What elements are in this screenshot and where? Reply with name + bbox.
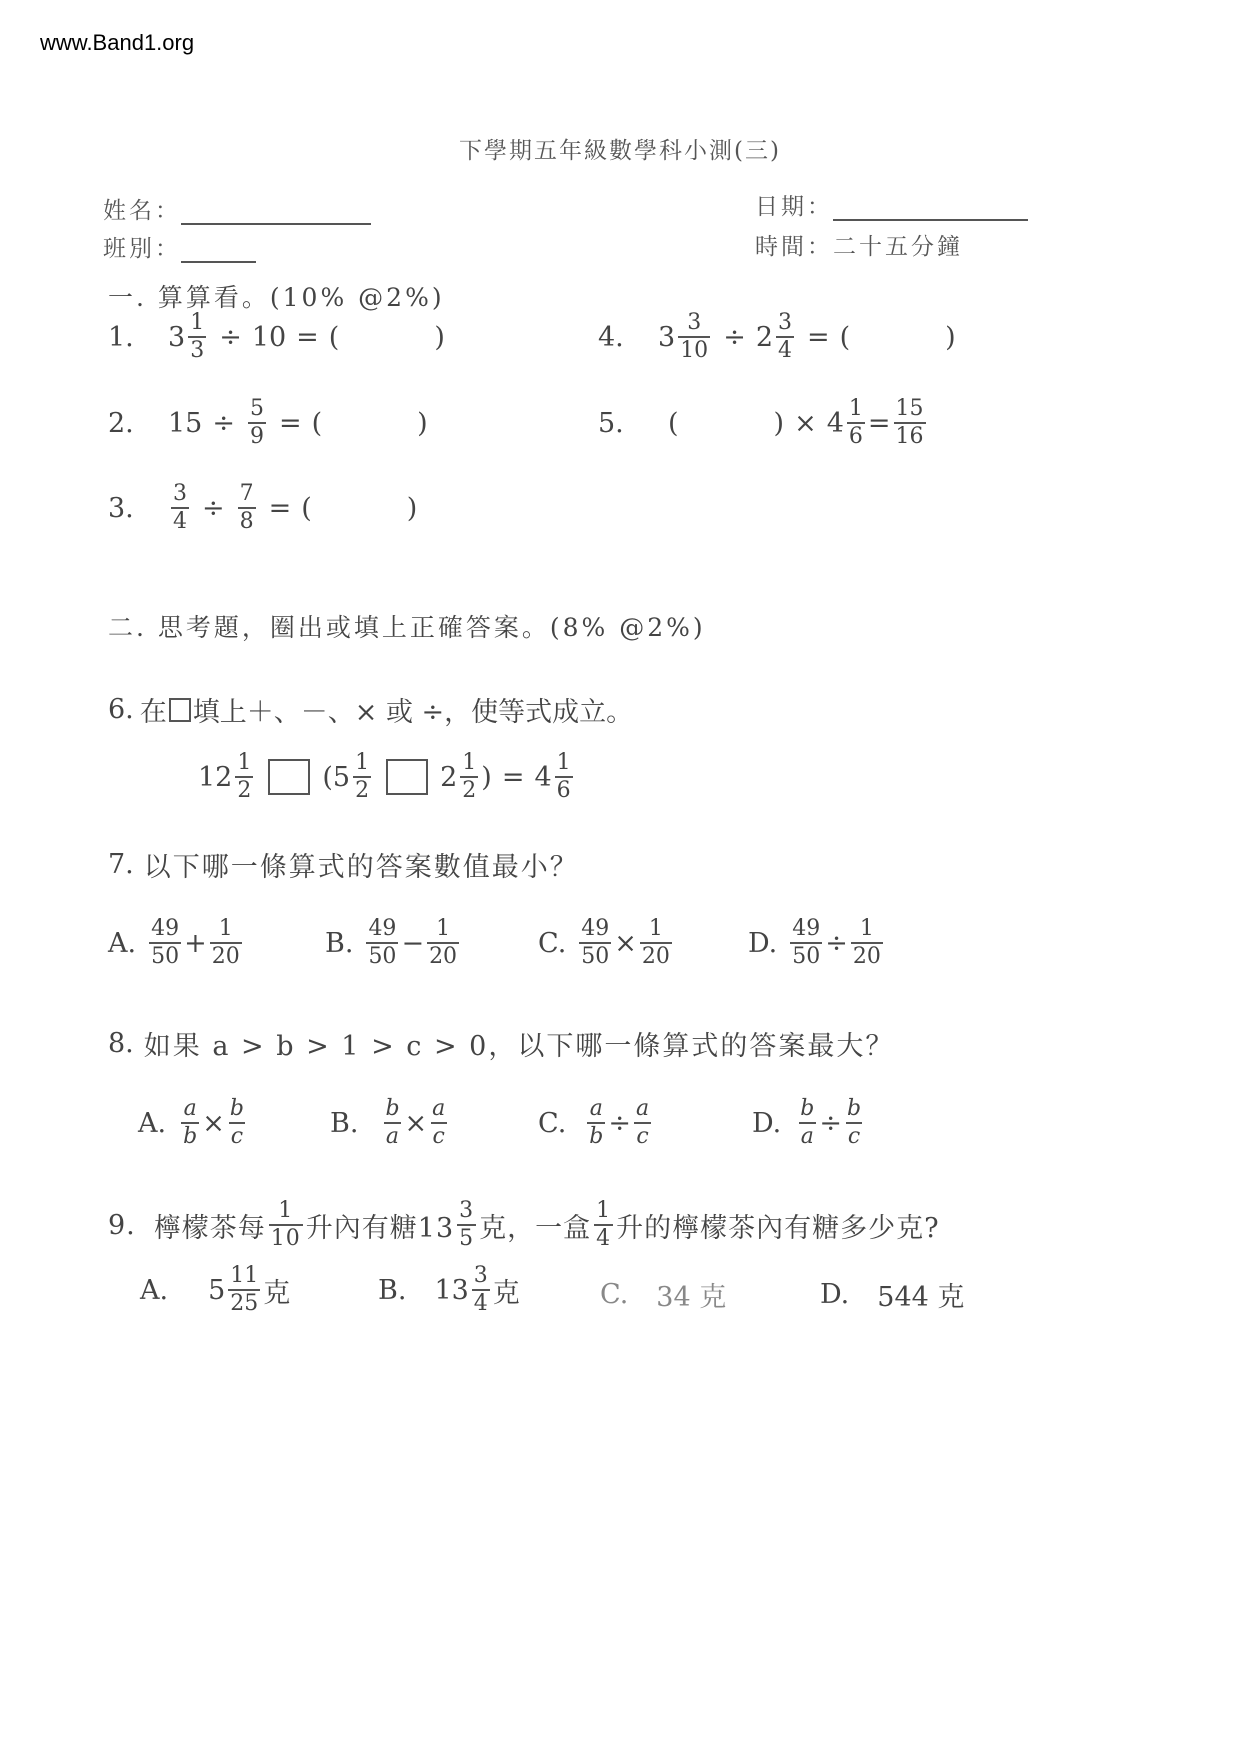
question-2: 2. 15 ÷ 59 =()	[108, 398, 428, 448]
question-9: 9. 檸檬茶每 110 升內有糖13 35 克，一盒 14 升的檸檬茶內有糖多少…	[108, 1200, 940, 1250]
date-blank[interactable]	[833, 219, 1028, 221]
question-6: 6.在填上＋、－、× 或 ÷，使等式成立。	[108, 690, 633, 729]
time-field: 時間：二十五分鐘	[755, 228, 963, 261]
q9-option-c[interactable]: C. 34 克	[600, 1275, 726, 1314]
name-field: 姓名：	[103, 192, 371, 225]
square-icon	[169, 698, 191, 722]
question-5: 5. () × 416 = 1516	[598, 398, 929, 448]
q9-option-d[interactable]: D. 544 克	[820, 1275, 964, 1314]
name-blank[interactable]	[181, 223, 371, 225]
question-6-equation: 1212 (512 212) = 416	[198, 752, 576, 802]
q8-option-c[interactable]: C. ab ÷ ac	[538, 1098, 654, 1148]
question-4: 4. 3310 ÷ 234 =()	[598, 312, 956, 362]
time-label: 時間：	[755, 234, 833, 260]
section-1-heading: 一. 算算看。(10% @2%)	[108, 278, 445, 314]
question-7: 7.以下哪一條算式的答案數值最小？	[108, 845, 579, 884]
operator-box-1[interactable]	[268, 759, 310, 795]
question-3: 3. 34 ÷ 78 =()	[108, 483, 417, 533]
question-8: 8.如果 a > b > 1 > c > 0，以下哪一條算式的答案最大？	[108, 1024, 894, 1063]
class-blank[interactable]	[181, 261, 256, 263]
date-field: 日期：	[755, 188, 1028, 221]
section-2-heading: 二. 思考題，圈出或填上正確答案。(8% @2%)	[108, 608, 706, 644]
q8-option-a[interactable]: A. ab × bc	[138, 1098, 249, 1148]
q8-option-b[interactable]: B. ba × ac	[330, 1098, 450, 1148]
class-field: 班別：	[103, 230, 256, 263]
q9-option-b[interactable]: B. 1334 克	[378, 1265, 520, 1315]
q7-option-a[interactable]: A. 4950 + 120	[108, 918, 245, 968]
q9-option-a[interactable]: A. 51125 克	[140, 1265, 290, 1315]
name-label: 姓名：	[103, 198, 181, 224]
watermark: www.Band1.org	[40, 30, 194, 56]
question-1: 1. 313 ÷ 10 =()	[108, 312, 445, 362]
date-label: 日期：	[755, 194, 833, 220]
class-label: 班別：	[103, 236, 181, 262]
q8-option-d[interactable]: D. ba ÷ bc	[752, 1098, 866, 1148]
q7-option-d[interactable]: D. 4950 ÷ 120	[748, 918, 886, 968]
operator-box-2[interactable]	[386, 759, 428, 795]
page-title: 下學期五年級數學科小測(三)	[0, 132, 1240, 165]
q7-option-b[interactable]: B. 4950 − 120	[325, 918, 462, 968]
time-value: 二十五分鐘	[833, 234, 963, 260]
q7-option-c[interactable]: C. 4950 × 120	[538, 918, 675, 968]
